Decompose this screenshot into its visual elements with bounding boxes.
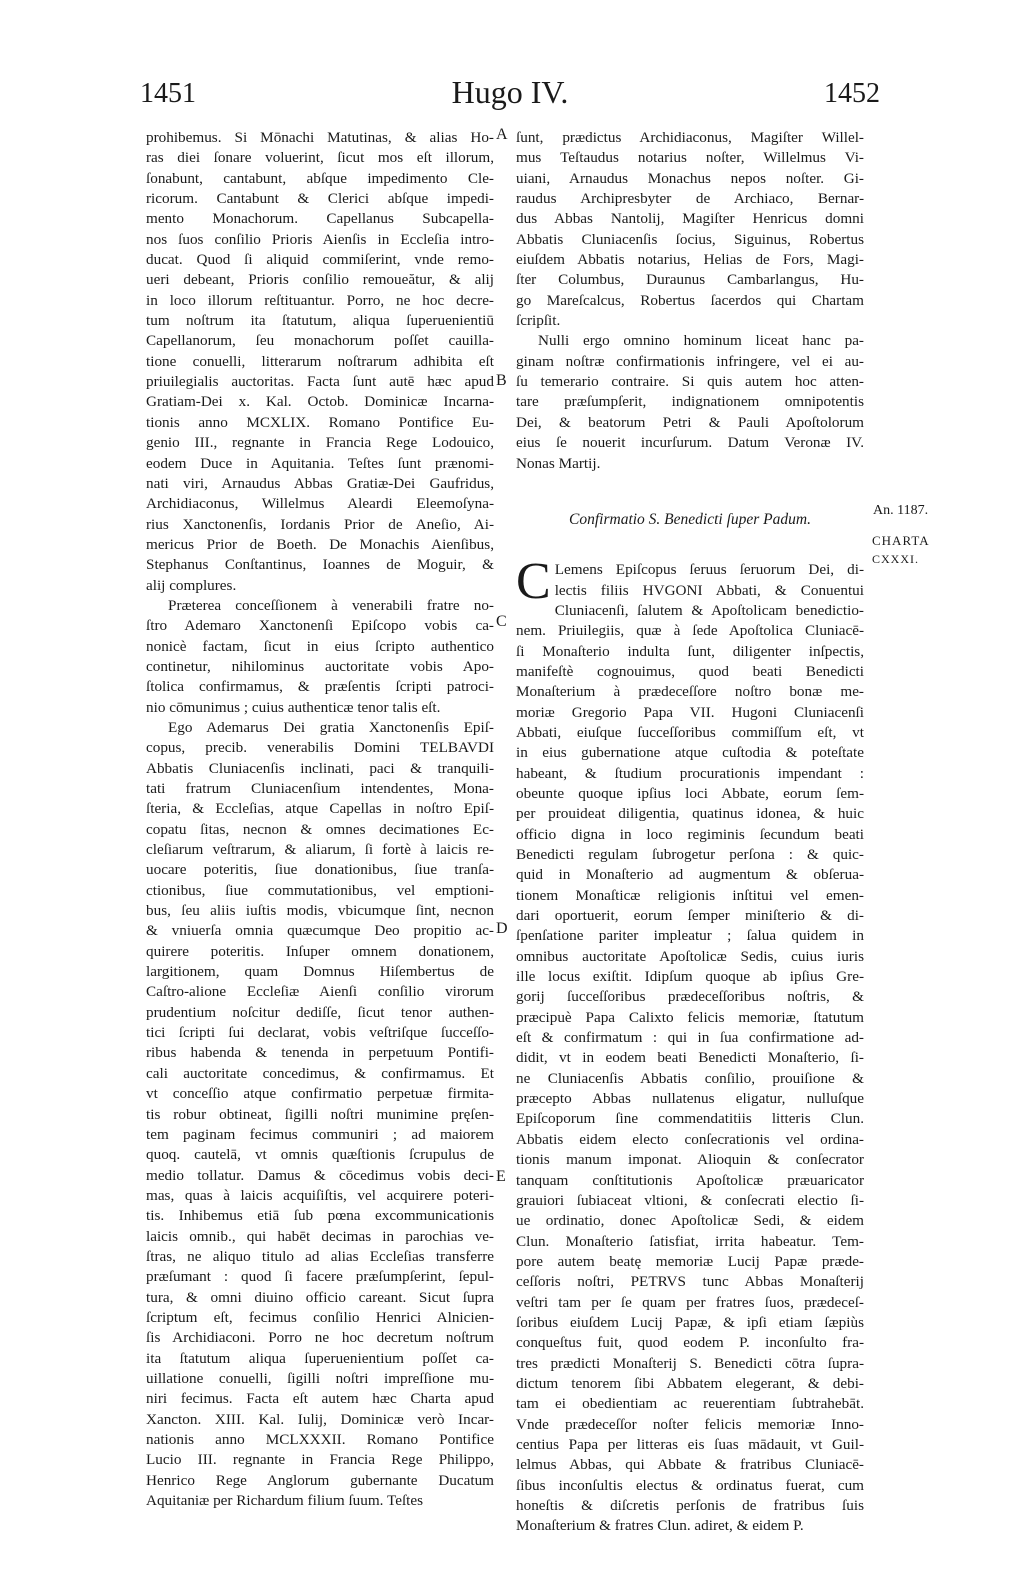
text-line: ſcriptum eſt, fecimus conſilio Henrici A… (146, 1308, 494, 1328)
text-line: ricorum. Cantabunt & Clerici abſque impe… (146, 189, 494, 209)
text-line: Abbati, eiuſque ſucceſſoribus commiſſum … (516, 723, 864, 743)
paragraph: prohibemus. Si Mōnachi Matutinas, & alia… (146, 128, 494, 596)
text-line: ſoribus eiuſdem Lucij Papæ, & ipſi etiam… (516, 1313, 864, 1333)
text-line: manifeſtè cognouimus, quod beati Benedic… (516, 662, 864, 682)
text-line: tionem Monaſticæ religionis inſtitui vel… (516, 886, 864, 906)
text-line: nationis anno MCLXXXII. Romano Pontifice (146, 1430, 494, 1450)
text-line: dus Abbas Nantolij, Magiſter Henricus do… (516, 209, 864, 229)
text-line: habeant, & ſtudium procurationis impenda… (516, 764, 864, 784)
text-line: uiani, Arnaudus Monachus nepos noſter. G… (516, 169, 864, 189)
text-line: tione conuelli, litterarum noſtrarum adh… (146, 352, 494, 372)
text-line: ribus habenda & tenenda in perpetuum Pon… (146, 1043, 494, 1063)
text-line: ſunt, prædictus Archidiaconus, Magiſter … (516, 128, 864, 148)
text-line: ita ſtatutum aliqua ſuperuenientium poſſ… (146, 1349, 494, 1369)
text-line: Caſtro-alione Eccleſiæ Aienſi conſilio v… (146, 982, 494, 1002)
paragraph: Præterea conceſſionem à venerabili fratr… (146, 596, 494, 718)
text-line: tum noſtrum ita ſtatutum, aliqua ſuperue… (146, 311, 494, 331)
text-line: didit, vt in eodem beati Benedicti Monaſ… (516, 1048, 864, 1068)
text-line: Abbatis eidem electo conſecrationis vel … (516, 1130, 864, 1150)
text-line: ſteria, & Eccleſias, atque Capellas in n… (146, 799, 494, 819)
text-line: ille locus exiſtit. Idipſum quoque ab ip… (516, 967, 864, 987)
text-line: Capellanorum, ſeu monachorum poſſet caui… (146, 331, 494, 351)
text-line: Clun. Monaſterio ſatisfiat, irrita habea… (516, 1232, 864, 1252)
text-line: tis robur obtineat, ſigilli noſtri munim… (146, 1105, 494, 1125)
text-line: largitionem, quam Domnus Hiſembertus de (146, 962, 494, 982)
text-line: Benedicti regulam ſubrogetur perſona : &… (516, 845, 864, 865)
side-note-charter-number: CXXXI. (872, 552, 919, 567)
text-line: Abbatis Cluniacenſis inclinati, paci & t… (146, 759, 494, 779)
text-line: quirere poteritis. Inſuper omnem donatio… (146, 942, 494, 962)
text-line: ginam noſtræ confirmationis infringere, … (516, 352, 864, 372)
text-line: tici ſcripti ſui declarat, vobis veſtriſ… (146, 1023, 494, 1043)
text-line: ſtras, ne aliquo titulo ad alias Eccleſi… (146, 1247, 494, 1267)
text-line: ue ordinatio, donec Apoſtolicæ Sedi, & e… (516, 1211, 864, 1231)
text-line: ducat. Quod ſi aliquid commiſerint, vnde… (146, 250, 494, 270)
text-line: uillatione conuelli, ſigilli noſtri impr… (146, 1369, 494, 1389)
side-note-year: An. 1187. (873, 503, 928, 519)
text-line: ſcripſit. (516, 311, 864, 331)
text-line: dari oportuerit, eorum ſemper miniſterio… (516, 906, 864, 926)
text-line: quoq. cautelā, vt omnis quæſtionis ſcrup… (146, 1145, 494, 1165)
paragraph: Nulli ergo omnino hominum liceat hanc pa… (516, 331, 864, 473)
text-line: Dei, & beatorum Petri & Pauli Apoſtoloru… (516, 413, 864, 433)
text-line: nati viri, Arnaudus Abbas Gratiæ-Dei Gau… (146, 474, 494, 494)
book-page: 1451 Hugo IV. 1452 prohibemus. Si Mōnach… (0, 0, 1024, 1572)
drop-cap: C (516, 562, 551, 602)
text-line: Nonas Martij. (516, 454, 864, 474)
text-line: Monaſterium & fratres Clun. adiret, & ei… (516, 1516, 864, 1536)
text-line: Monaſterium à prædeceſſore noſtro bonæ m… (516, 682, 864, 702)
text-line: ſpenſatione pariter impleatur ; ſalua qu… (516, 926, 864, 946)
margin-letter-b: B (496, 372, 507, 390)
text-line: Aquitaniæ per Richardum filium ſuum. Teſ… (146, 1491, 494, 1511)
text-line: cali auctoritate concedimus, & confirmam… (146, 1064, 494, 1084)
text-line: tionis manum imponat. Alioquin & conſecr… (516, 1150, 864, 1170)
text-line: niri fecimus. Facta eſt autem hæc Charta… (146, 1389, 494, 1409)
margin-letter-c: C (496, 613, 507, 631)
page-number-right: 1452 (824, 78, 880, 110)
text-line: honeſtis & diſcretis perſonis de fratrib… (516, 1496, 864, 1516)
text-line: per prouideat diligentia, quatinus idone… (516, 804, 864, 824)
text-line: eſt & confirmatum : qui in ſua confirmat… (516, 1028, 864, 1048)
text-line: Archidiaconus, Willelmus Aleardi Eleemoſ… (146, 494, 494, 514)
text-line: eius ſe nouerit incurſurum. Datum Veronæ… (516, 433, 864, 453)
text-line: Cluniacenſi, ſalutem & Apoſtolicam bened… (516, 601, 864, 621)
text-line: ſter Columbus, Duraunus Cambarlangus, Hu… (516, 270, 864, 290)
text-line: præcepto Abbas nullatenus eligatur, null… (516, 1089, 864, 1109)
text-line: lelmus Abbas, qui Abbate & fratribus Clu… (516, 1455, 864, 1475)
text-line: officio digna in loco regiminis ſecundum… (516, 825, 864, 845)
text-line: in loco illorum reſtituantur. Porro, ne … (146, 291, 494, 311)
text-line: præſumant : quod ſi facere præſumpſerint… (146, 1267, 494, 1287)
right-column: ſunt, prædictus Archidiaconus, Magiſter … (516, 128, 864, 1537)
text-line: obeunte quoque ipſius loci Abbate, eorum… (516, 784, 864, 804)
text-line: mas, quas à laicis acquiſiſtis, vel acqu… (146, 1186, 494, 1206)
text-line: Lemens Epiſcopus ſeruus ſeruorum Dei, di… (516, 560, 864, 580)
page-header: 1451 Hugo IV. 1452 (140, 74, 880, 114)
text-line: prudentium noſcitur dediſſe, ſicut tenor… (146, 1003, 494, 1023)
text-line: tis. Inhibemus etiā ſub pœna excommunica… (146, 1206, 494, 1226)
text-line: tati fratrum Cluniacenſium intendentes, … (146, 779, 494, 799)
text-line: alij complures. (146, 576, 494, 596)
text-line: grauiori ſubiaceat vltioni, & conſecrati… (516, 1191, 864, 1211)
text-line: dictum tenorem ſibi Abbatem elegerant, &… (516, 1374, 864, 1394)
left-column: prohibemus. Si Mōnachi Matutinas, & alia… (146, 128, 494, 1511)
text-line: Stephanus Conſtantinus, Ioannes de Mogui… (146, 555, 494, 575)
text-line: laicis omnib., qui habēt decimas in paro… (146, 1227, 494, 1247)
text-line: nio cōmunimus ; cuius authenticæ tenor t… (146, 698, 494, 718)
text-line: tionis anno MCXLIX. Romano Pontifice Eu- (146, 413, 494, 433)
text-line: tres prædicti Monaſterij S. Benedicti cō… (516, 1354, 864, 1374)
text-line: omnibus auctoritate Apoſtolicæ Sedis, cu… (516, 947, 864, 967)
text-line: tare præſumpſerit, indignationem omnipot… (516, 392, 864, 412)
text-line: ſtro Ademaro Xanctonenſi Epiſcopo vobis … (146, 616, 494, 636)
text-line: ſi Monaſterio indulta ſunt, diligenter i… (516, 642, 864, 662)
text-line: ne Cluniacenſis Abbatis conſilio, prouiſ… (516, 1069, 864, 1089)
text-line: copatu ſitas, necnon & omnes decimatione… (146, 820, 494, 840)
charter-text: CLemens Epiſcopus ſeruus ſeruorum Dei, d… (516, 560, 864, 1537)
text-line: eodem Duce in Aquitania. Teſtes ſunt præ… (146, 454, 494, 474)
text-line: Præterea conceſſionem à venerabili fratr… (146, 596, 494, 616)
running-title: Hugo IV. (140, 74, 880, 111)
text-line: tam ei obedientiam ac reuerentiam ſubtra… (516, 1394, 864, 1414)
margin-letter-e: E (496, 1168, 506, 1186)
text-line: eiuſdem Abbatis notarius, Helias de Fors… (516, 250, 864, 270)
text-line: tanquam conſtitutionis Apoſtolicæ præuar… (516, 1171, 864, 1191)
text-line: raudus Archipresbyter de Archiaco, Berna… (516, 189, 864, 209)
text-line: in eius gubernatione atque cuſtodia & po… (516, 743, 864, 763)
text-line: medio tollatur. Damus & cōcedimus vobis … (146, 1166, 494, 1186)
paragraph: ſunt, prædictus Archidiaconus, Magiſter … (516, 128, 864, 331)
text-line: continetur, nihilominus auctoritate vobi… (146, 657, 494, 677)
text-line: gorij ſucceſſoribus prædeceſſoribus noſt… (516, 987, 864, 1007)
text-line: prohibemus. Si Mōnachi Matutinas, & alia… (146, 128, 494, 148)
side-note-charta: CHARTA (872, 533, 930, 549)
text-line: rius Xanctonenſis, Iordanis Prior de Ane… (146, 515, 494, 535)
text-line: Ego Ademarus Dei gratia Xanctonenſis Epi… (146, 718, 494, 738)
margin-letter-d: D (496, 920, 508, 938)
text-line: nonicè factam, ſicut in eius ſcripto aut… (146, 637, 494, 657)
text-line: ſibus inconſultis electus & ordinatus fu… (516, 1476, 864, 1496)
text-line: conqueſtus fuit, quod eodem P. inconſult… (516, 1333, 864, 1353)
text-line: ctionibus, ſiue commutationibus, vel emp… (146, 881, 494, 901)
paragraph: Ego Ademarus Dei gratia Xanctonenſis Epi… (146, 718, 494, 1511)
text-line: nos ſuos conſilio Prioris Aienſis in Ecc… (146, 230, 494, 250)
text-line: præcipuè Papa Calixto felicis memoriæ, ſ… (516, 1008, 864, 1028)
text-line: priuilegialis auctoritas. Facta ſunt aut… (146, 372, 494, 392)
text-line: ras diei ſonare voluerint, ſicut mos eſt… (146, 148, 494, 168)
text-line: copus, precib. venerabilis Domini TELBAV… (146, 738, 494, 758)
text-line: tura, & omni diuino officio careant. Sic… (146, 1288, 494, 1308)
text-line: mericus Prior de Boeth. De Monachis Aien… (146, 535, 494, 555)
text-line: Epiſcoporum ſine commendatitiis litteris… (516, 1109, 864, 1129)
text-line: mento Monachorum. Capellanus Subcapella- (146, 209, 494, 229)
text-line: Xancton. XIII. Kal. Iulij, Dominicæ verò… (146, 1410, 494, 1430)
text-line: Vnde prædeceſſor noſter felicis memoriæ … (516, 1415, 864, 1435)
text-line: ſu temerario contraire. Si quis autem ho… (516, 372, 864, 392)
text-line: ceſſoris noſtri, PETRVS tunc Abbas Monaſ… (516, 1272, 864, 1292)
text-line: Gratiam-Dei x. Kal. Octob. Dominicæ Inca… (146, 392, 494, 412)
text-line: Nulli ergo omnino hominum liceat hanc pa… (516, 331, 864, 351)
text-line: ſonabunt, cantabunt, abſque impedimento … (146, 169, 494, 189)
text-line: ſis Archidiaconi. Porro ne hoc decretum … (146, 1328, 494, 1348)
text-line: tem paginam fecimus communiri ; ad maior… (146, 1125, 494, 1145)
text-line: & vniuerſa omnia quæcumque Deo propitio … (146, 921, 494, 941)
text-line: ſtolica confirmamus, & præſentis ſcripti… (146, 677, 494, 697)
text-line: vt conceſſio atque confirmatio perpetuæ … (146, 1084, 494, 1104)
text-line: quid in Monaſterio ad augmentum & obſeru… (516, 865, 864, 885)
margin-letter-a: A (496, 126, 508, 144)
text-line: veſtri tam per ſe quam per fratres ſuos,… (516, 1293, 864, 1313)
text-line: mus Teſtaudus notarius noſter, Willelmus… (516, 148, 864, 168)
text-line: genio III., regnante in Francia Rege Lod… (146, 433, 494, 453)
text-line: go Mareſcalcus, Robertus ſacerdos qui Ch… (516, 291, 864, 311)
text-line: uocare poteritis, ſiue donationibus, ſiu… (146, 860, 494, 880)
text-line: pore autem beatę memoriæ Lucij Papæ præd… (516, 1252, 864, 1272)
text-line: bus, ſeu aliis iuſtis modis, vbicumque ſ… (146, 901, 494, 921)
text-line: Abbatis Cluniacenſis ſocius, Siguinus, R… (516, 230, 864, 250)
text-line: Lucio III. regnante in Francia Rege Phil… (146, 1450, 494, 1470)
text-line: centius Papa per litteras eis ſuas mādau… (516, 1435, 864, 1455)
text-line: nem. Priuilegiis, quæ à ſede Apoſtolica … (516, 621, 864, 641)
text-line: ueri debeant, Prioris conſilio remoueătu… (146, 270, 494, 290)
text-line: Henrico Rege Anglorum gubernante Ducatum (146, 1471, 494, 1491)
text-line: lectis filiis HVGONI Abbati, & Conuentui (516, 581, 864, 601)
text-line: moriæ Gregorio Papa VII. Hugoni Cluniace… (516, 703, 864, 723)
section-title: Confirmatio S. Benedicti ſuper Padum. (516, 510, 864, 530)
text-line: cleſiarum veſtrarum, & aliarum, ſi fortè… (146, 840, 494, 860)
